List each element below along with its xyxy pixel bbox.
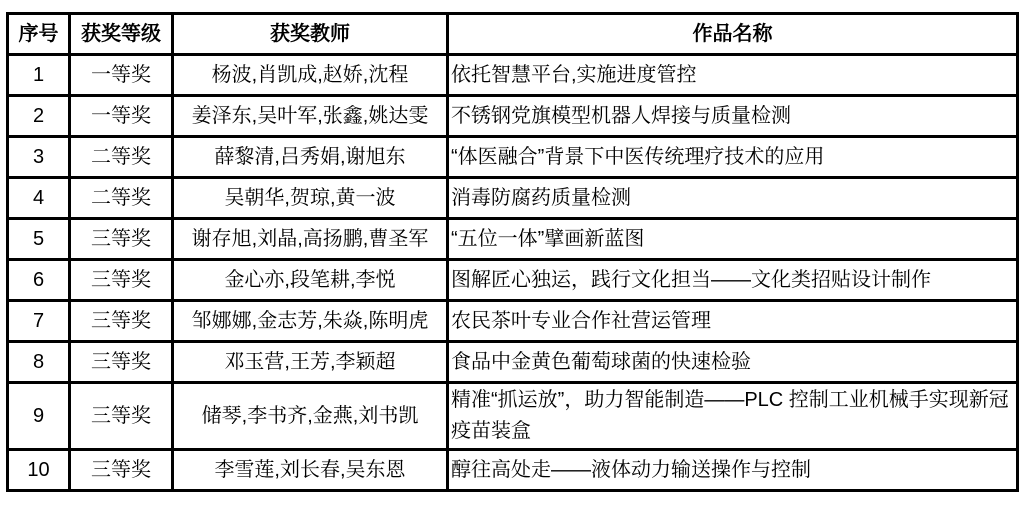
cell-title: 不锈钢党旗模型机器人焊接与质量检测	[448, 96, 1018, 137]
cell-no: 6	[8, 260, 70, 301]
cell-no: 7	[8, 301, 70, 342]
header-teachers: 获奖教师	[173, 14, 448, 55]
cell-level: 三等奖	[70, 450, 173, 491]
table-row: 7 三等奖 邹娜娜,金志芳,朱焱,陈明虎 农民茶叶专业合作社营运管理	[8, 301, 1018, 342]
cell-level: 三等奖	[70, 219, 173, 260]
cell-level: 三等奖	[70, 260, 173, 301]
cell-level: 二等奖	[70, 137, 173, 178]
table-row: 8 三等奖 邓玉营,王芳,李颖超 食品中金黄色葡萄球菌的快速检验	[8, 342, 1018, 383]
cell-teachers: 薛黎清,吕秀娟,谢旭东	[173, 137, 448, 178]
table-row: 5 三等奖 谢存旭,刘晶,高扬鹏,曹圣军 “五位一体”擘画新蓝图	[8, 219, 1018, 260]
cell-level: 二等奖	[70, 178, 173, 219]
cell-title: 食品中金黄色葡萄球菌的快速检验	[448, 342, 1018, 383]
header-row: 序号 获奖等级 获奖教师 作品名称	[8, 14, 1018, 55]
cell-teachers: 邹娜娜,金志芳,朱焱,陈明虎	[173, 301, 448, 342]
cell-level: 一等奖	[70, 55, 173, 96]
cell-no: 3	[8, 137, 70, 178]
table-row: 3 二等奖 薛黎清,吕秀娟,谢旭东 “体医融合”背景下中医传统理疗技术的应用	[8, 137, 1018, 178]
cell-title: 醇往高处走——液体动力输送操作与控制	[448, 450, 1018, 491]
cell-teachers: 谢存旭,刘晶,高扬鹏,曹圣军	[173, 219, 448, 260]
table-row: 1 一等奖 杨波,肖凯成,赵娇,沈程 依托智慧平台,实施进度管控	[8, 55, 1018, 96]
cell-no: 9	[8, 383, 70, 450]
cell-teachers: 杨波,肖凯成,赵娇,沈程	[173, 55, 448, 96]
cell-title: 依托智慧平台,实施进度管控	[448, 55, 1018, 96]
cell-level: 三等奖	[70, 342, 173, 383]
cell-title: 消毒防腐药质量检测	[448, 178, 1018, 219]
cell-level: 三等奖	[70, 301, 173, 342]
header-title: 作品名称	[448, 14, 1018, 55]
cell-teachers: 姜泽东,吴叶军,张鑫,姚达雯	[173, 96, 448, 137]
cell-teachers: 邓玉营,王芳,李颖超	[173, 342, 448, 383]
table-row: 2 一等奖 姜泽东,吴叶军,张鑫,姚达雯 不锈钢党旗模型机器人焊接与质量检测	[8, 96, 1018, 137]
cell-teachers: 储琴,李书齐,金燕,刘书凯	[173, 383, 448, 450]
cell-no: 5	[8, 219, 70, 260]
header-no: 序号	[8, 14, 70, 55]
cell-teachers: 金心亦,段笔耕,李悦	[173, 260, 448, 301]
header-level: 获奖等级	[70, 14, 173, 55]
cell-no: 2	[8, 96, 70, 137]
cell-level: 一等奖	[70, 96, 173, 137]
cell-title: “体医融合”背景下中医传统理疗技术的应用	[448, 137, 1018, 178]
table-row: 6 三等奖 金心亦,段笔耕,李悦 图解匠心独运，践行文化担当——文化类招贴设计制…	[8, 260, 1018, 301]
cell-title: “五位一体”擘画新蓝图	[448, 219, 1018, 260]
cell-no: 10	[8, 450, 70, 491]
table-row: 4 二等奖 吴朝华,贺琼,黄一波 消毒防腐药质量检测	[8, 178, 1018, 219]
cell-teachers: 李雪莲,刘长春,吴东恩	[173, 450, 448, 491]
table-row: 9 三等奖 储琴,李书齐,金燕,刘书凯 精准“抓运放”，助力智能制造——PLC …	[8, 383, 1018, 450]
cell-no: 4	[8, 178, 70, 219]
cell-title: 精准“抓运放”，助力智能制造——PLC 控制工业机械手实现新冠疫苗装盒	[448, 383, 1018, 450]
cell-no: 8	[8, 342, 70, 383]
cell-title: 图解匠心独运，践行文化担当——文化类招贴设计制作	[448, 260, 1018, 301]
table-row: 10 三等奖 李雪莲,刘长春,吴东恩 醇往高处走——液体动力输送操作与控制	[8, 450, 1018, 491]
cell-teachers: 吴朝华,贺琼,黄一波	[173, 178, 448, 219]
cell-level: 三等奖	[70, 383, 173, 450]
cell-no: 1	[8, 55, 70, 96]
cell-title: 农民茶叶专业合作社营运管理	[448, 301, 1018, 342]
awards-table: 序号 获奖等级 获奖教师 作品名称 1 一等奖 杨波,肖凯成,赵娇,沈程 依托智…	[6, 12, 1019, 492]
